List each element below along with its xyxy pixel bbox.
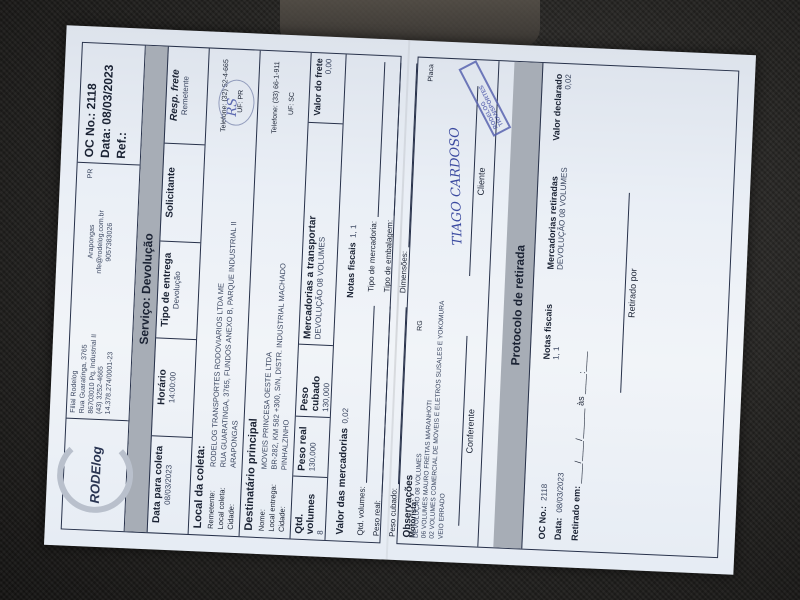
cargo-volumes: Qtd. volumes 8 [290, 477, 327, 540]
cargo-cubic-weight: Peso cubado 130,000 [296, 345, 333, 418]
company-address: Filial Rodelog Rua Guaratinga, 3765 8670… [67, 299, 134, 422]
company-uf: PR [77, 163, 140, 186]
withdrawal-protocol: Protocolo de retirada OC No.: 2118 Data:… [493, 62, 738, 557]
company-logo: RODElog [55, 435, 134, 514]
invoices-value: 1, 1 [349, 224, 359, 238]
cargo-real-weight: Peso real 130,000 [293, 417, 330, 478]
goods-value: 0,02 [341, 408, 351, 424]
collection-order-document: RODElog Filial Rodelog Rua Guaratinga, 3… [44, 25, 756, 575]
company-contact: Arapongas nfe@rodelog.com.br 9057383026 [72, 183, 139, 302]
info-delivery-type: Tipo de entrega Devolução [156, 241, 200, 340]
recipient-uf: UF: SC [288, 92, 296, 115]
logo-cell: RODElog [62, 419, 129, 532]
info-requester: Solicitante [160, 144, 204, 243]
info-pickup-date: Data para coleta 08/03/2023 [148, 436, 192, 534]
checker-signature-line: Conferente [458, 336, 479, 526]
order-id-box: OC No.: 2118 Data: 08/03/2023 Ref.: [78, 43, 145, 166]
info-freight-responsible: Resp. frete Remetente [165, 47, 209, 146]
protocol-section: Observações DEVOLUÇÃO 08 VOLUMES 06 VOLU… [396, 57, 739, 559]
order-number: 2118 [84, 83, 99, 110]
cargo-freight-value: Valor do frete 0,00 [309, 53, 346, 124]
withdrawn-by-line[interactable]: Retirado por [620, 193, 642, 393]
order-date: 08/03/2023 [100, 64, 117, 125]
info-time: Horário 14:00:00 [152, 339, 196, 438]
order-section: RODElog Filial Rodelog Rua Guaratinga, 3… [61, 42, 402, 543]
client-signature: TIAGO CARDOSO [447, 127, 465, 245]
